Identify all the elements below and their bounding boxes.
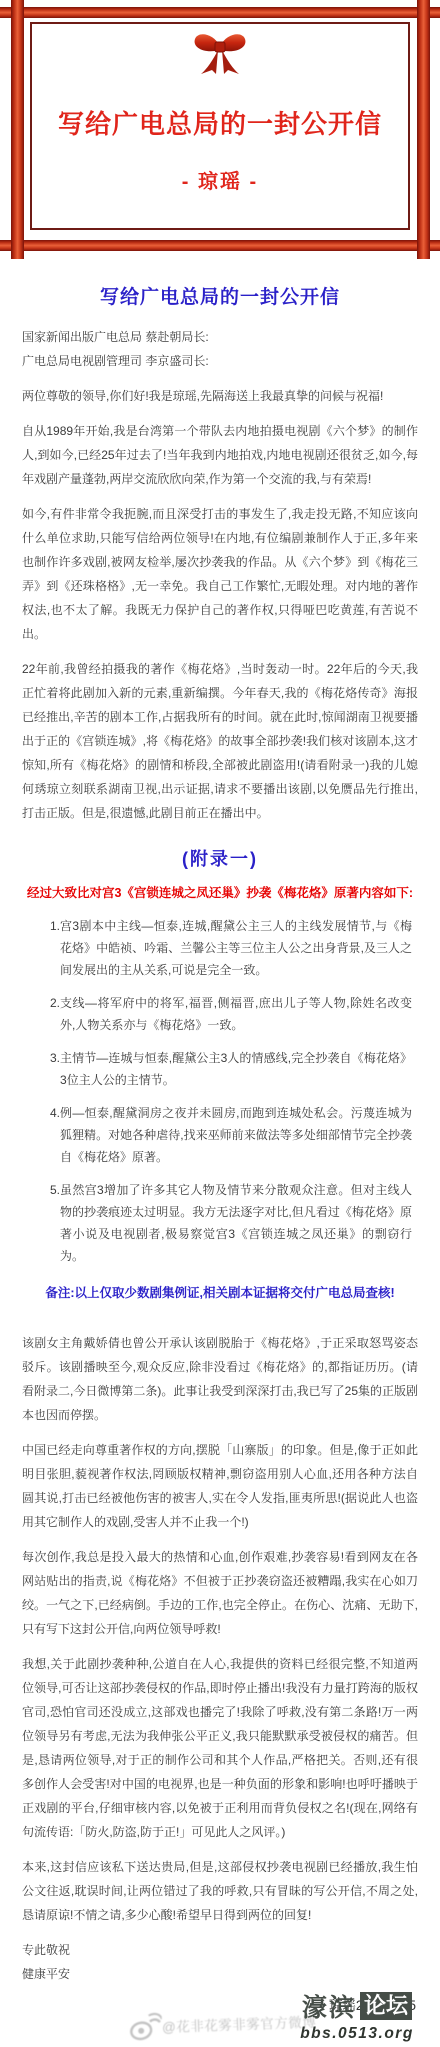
ribbon-left	[11, 0, 24, 259]
item-number: 5.	[50, 1179, 60, 1267]
ribbon-bottom	[0, 240, 440, 251]
letter-paragraph: 该剧女主角戴娇倩也曾公开承认该剧脱胎于《梅花烙》,于正采取怒骂姿态驳斥。该剧播映…	[22, 1331, 418, 1427]
ribbon-right	[417, 0, 430, 259]
appendix-item: 3. 主情节—连城与恒泰,醒黛公主3人的情感线,完全抄袭自《梅花烙》3位主人公的…	[50, 1047, 412, 1091]
letter-paragraph: 两位尊敬的领导,你们好!我是琼瑶,先隔海送上我最真挚的问候与祝福!	[22, 384, 418, 408]
item-text: 支线—将军府中的将军,福晋,侧福晋,庶出儿子等人物,除姓名改变外,人物关系亦与《…	[60, 992, 412, 1036]
recipient-line: 国家新闻出版广电总局 蔡赴朝局长:	[22, 325, 418, 349]
letter-paragraph: 每次创作,我总是投入最大的热情和心血,创作艰难,抄袭容易!看到网友在各网站贴出的…	[22, 1545, 418, 1641]
appendix-heading: (附录一)	[22, 845, 418, 871]
forum-logo: 濠滨 论坛 bbs.0513.org	[277, 1988, 437, 2043]
closing-lines: 专此敬祝 健康平安	[22, 1938, 418, 1986]
letter-paragraph: 中国已经走向尊重著作权的方向,摆脱「山寨版」的印象。但是,像于正如此明目张胆,藐…	[22, 1438, 418, 1534]
red-bow-icon	[192, 29, 248, 75]
appendix-item: 4. 例—恒泰,醒黛洞房之夜并未圆房,而跑到连城处私会。污蔑连城为狐狸精。对她各…	[50, 1102, 412, 1168]
letter-paragraph: 自从1989年开始,我是台湾第一个带队去内地拍摄电视剧《六个梦》的制作人,到如今…	[22, 419, 418, 491]
closing-line: 专此敬祝	[22, 1938, 418, 1962]
appendix-list: 1. 宫3剧本中主线—恒泰,连城,醒黛公主三人的主线发展情节,与《梅花烙》中皓祯…	[22, 915, 418, 1267]
forum-logo-badge: 论坛	[360, 1992, 412, 2020]
appendix-item: 1. 宫3剧本中主线—恒泰,连城,醒黛公主三人的主线发展情节,与《梅花烙》中皓祯…	[50, 915, 412, 981]
recipient-line: 广电总局电视剧管理司 李京盛司长:	[22, 349, 418, 373]
appendix-intro: 经过大致比对宫3《宫锁连城之凤还巢》抄袭《梅花烙》原著内容如下:	[22, 883, 418, 901]
forum-logo-name: 濠滨	[302, 1988, 356, 2024]
header-card: 写给广电总局的一封公开信 - 琼瑶 -	[30, 22, 410, 230]
item-text: 虽然宫3增加了许多其它人物及情节来分散观众注意。但对主线人物的抄袭痕迹太过明显。…	[60, 1179, 412, 1267]
closing-line: 健康平安	[22, 1962, 418, 1986]
item-number: 2.	[50, 992, 60, 1036]
header-author: - 琼瑶 -	[32, 165, 408, 194]
weibo-eye-icon	[128, 2011, 163, 2042]
item-number: 4.	[50, 1102, 60, 1168]
item-text: 宫3剧本中主线—恒泰,连城,醒黛公主三人的主线发展情节,与《梅花烙》中皓祯、吟霜…	[60, 915, 412, 981]
forum-logo-row: 濠滨 论坛	[277, 1988, 437, 2024]
recipient-lines: 国家新闻出版广电总局 蔡赴朝局长: 广电总局电视剧管理司 李京盛司长:	[22, 325, 418, 373]
ribbon-frame-header: 写给广电总局的一封公开信 - 琼瑶 -	[0, 0, 440, 260]
letter-paragraph: 本来,这封信应该私下送达贵局,但是,这部侵权抄袭电视剧已经播放,我生怕公文往返,…	[22, 1855, 418, 1927]
open-letter-page: 写给广电总局的一封公开信 - 琼瑶 - 写给广电总局的一封公开信 国家新闻出版广…	[0, 0, 440, 2047]
letter-paragraph: 我想,关于此剧抄袭种种,公道自在人心,我提供的资料已经很完整,不知道两位领导,可…	[22, 1652, 418, 1844]
item-text: 例—恒泰,醒黛洞房之夜并未圆房,而跑到连城处私会。污蔑连城为狐狸精。对她各种虐待…	[60, 1102, 412, 1168]
forum-logo-url: bbs.0513.org	[277, 2025, 437, 2043]
item-number: 3.	[50, 1047, 60, 1091]
appendix-item: 2. 支线—将军府中的将军,福晋,侧福晋,庶出儿子等人物,除姓名改变外,人物关系…	[50, 992, 412, 1036]
letter-title: 写给广电总局的一封公开信	[22, 282, 418, 309]
letter-body: 写给广电总局的一封公开信 国家新闻出版广电总局 蔡赴朝局长: 广电总局电视剧管理…	[0, 282, 440, 2014]
appendix-note: 备注:以上仅取少数剧集例证,相关剧本证据将交付广电总局查核!	[22, 1283, 418, 1301]
ribbon-top	[0, 7, 440, 18]
item-number: 1.	[50, 915, 60, 981]
appendix-item: 5. 虽然宫3增加了许多其它人物及情节来分散观众注意。但对主线人物的抄袭痕迹太过…	[50, 1179, 412, 1267]
header-title: 写给广电总局的一封公开信	[32, 104, 408, 141]
letter-paragraph: 22年前,我曾经拍摄我的著作《梅花烙》,当时轰动一时。22年后的今天,我正忙着将…	[22, 657, 418, 825]
item-text: 主情节—连城与恒泰,醒黛公主3人的情感线,完全抄袭自《梅花烙》3位主人公的主情节…	[60, 1047, 412, 1091]
letter-paragraph: 如今,有件非常令我扼腕,而且深受打击的事发生了,我走投无路,不知应该向什么单位求…	[22, 502, 418, 646]
